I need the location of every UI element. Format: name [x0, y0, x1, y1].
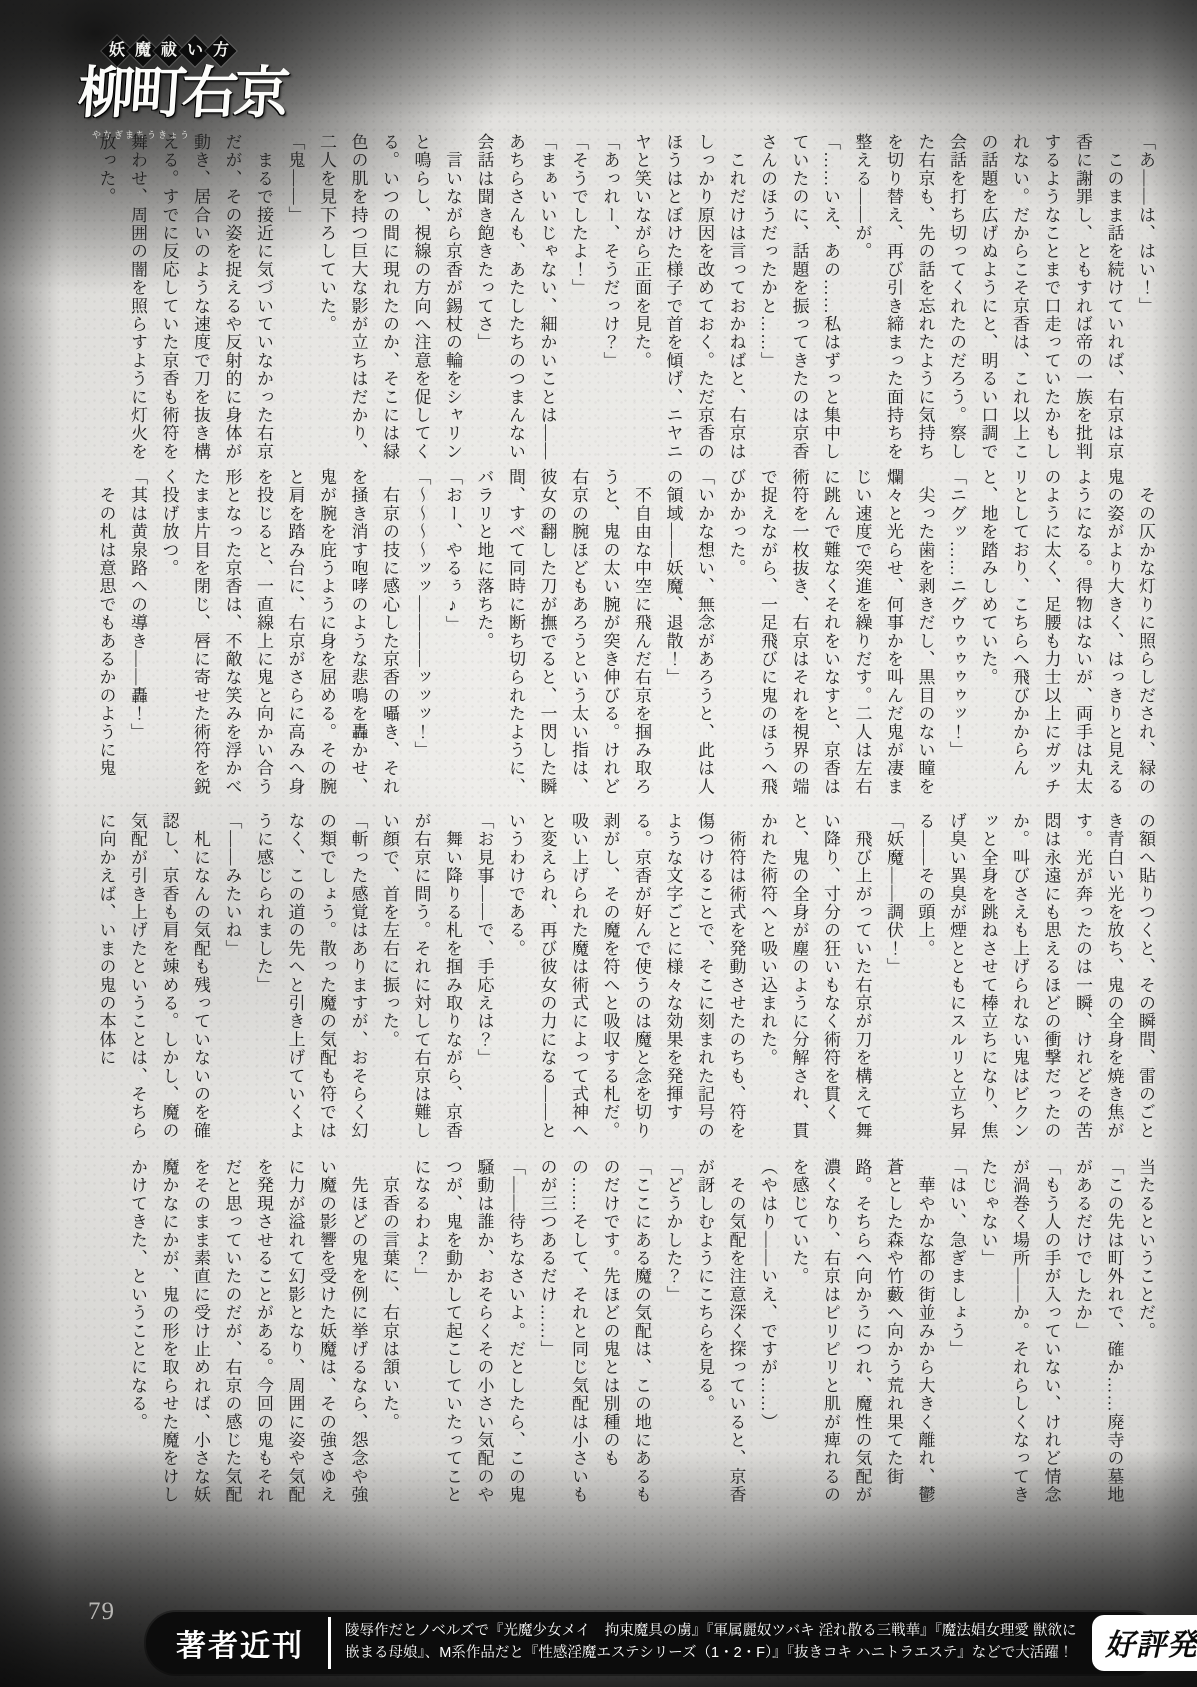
page-number: 79 [88, 1598, 115, 1626]
series-char: い [187, 43, 203, 59]
series-title: 妖 魔 祓 い 方 [104, 40, 234, 62]
author-books-text: 陵辱作だとノベルズで『光魔少女メイ 拘束魔具の虜』『軍属麗奴ツバキ 淫れ散る三戦… [328, 1617, 1086, 1669]
text-block-2: その仄かな灯りに照らしだされ、緑の鬼の姿がより大きく、はっきりと見えるようになる… [83, 468, 1161, 805]
scanned-novel-page: 妖 魔 祓 い 方 柳町右京 やなぎまちうきょう 「あ——は、はい！」 このまま… [0, 0, 1197, 1687]
on-sale-badge: 好評発売中！ [1092, 1615, 1197, 1671]
series-char: 方 [213, 43, 229, 59]
author-recent-works-label: 著者近刊 [146, 1621, 328, 1665]
series-char-diamond-icon: 方 [205, 35, 236, 66]
series-char: 妖 [109, 43, 125, 59]
author-books-line-2: 嵌まる母娘』、M系作品だと『性感淫魔エステシリーズ（1・2・F）』『抜きコキ ハ… [345, 1643, 1076, 1665]
author-books-footer-bar: 著者近刊 陵辱作だとノベルズで『光魔少女メイ 拘束魔具の虜』『軍属麗奴ツバキ 淫… [146, 1612, 1152, 1674]
series-char: 祓 [161, 43, 177, 59]
text-block-1: 「あ——は、はい！」 このまま話を続けていれば、右京は京香に謝罪し、ともすれば帝… [83, 133, 1161, 465]
text-block-4: 当たるということだ。 「この先は町外れで、確か……廃寺の墓地があるだけでしたか」… [83, 1158, 1161, 1520]
series-char: 魔 [135, 43, 151, 59]
author-books-line-1: 陵辱作だとノベルズで『光魔少女メイ 拘束魔具の虜』『軍属麗奴ツバキ 淫れ散る三戦… [345, 1621, 1076, 1643]
character-name-logo: 柳町右京 [76, 66, 288, 122]
text-block-3: の額へ貼りつくと、その瞬間、雷のごとき青白い光を放ち、鬼の全身を焼き焦がす。光が… [83, 812, 1161, 1150]
on-sale-badge-text: 好評発売中！ [1104, 1620, 1197, 1664]
